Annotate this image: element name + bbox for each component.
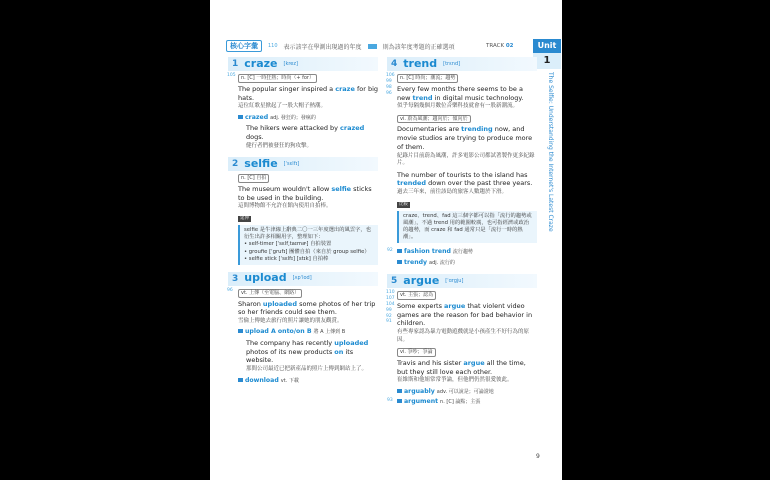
answer-box-icon	[368, 44, 377, 49]
compare-note: craze、trend、fad 這三個字都可以指「流行的趨勢或風潮」，不過 tr…	[397, 211, 537, 244]
example-en: Some experts argue that violent video ga…	[397, 302, 537, 328]
entry-header: 1 craze [krez]	[228, 57, 378, 71]
part-of-speech: n. [C] 時尚；潮流；趨勢	[397, 74, 458, 83]
entry-header: 3 upload [ʌpˈlod]	[228, 272, 378, 286]
example-en: The popular singer inspired a craze for …	[238, 85, 378, 103]
headword: craze	[244, 57, 277, 72]
example-zh: 似乎每隔幾個月數位音樂科技就會有一股新潮流。	[397, 103, 537, 110]
note-tag: 比較	[397, 202, 410, 208]
derivative: arguably adv. 可以說是；可論證地	[397, 388, 537, 396]
example-zh: 過去三年來，前往該島的旅客人數趨於下滑。	[397, 189, 537, 196]
track-label[interactable]: TRACK 02	[486, 43, 513, 49]
derivative: trendy adj. 流行的	[397, 259, 537, 267]
example-en: Travis and his sister argue all the time…	[397, 359, 537, 377]
phrase: upload A onto/on B 將 A 上傳到 B	[238, 328, 378, 336]
example-en: The company has recently uploaded photos…	[246, 339, 378, 365]
page-legend: 核心字彙 110 表示該字在學測出現過的年度 則為該年度考題的正確選項	[226, 40, 526, 52]
example-en: Documentaries are trending now, and movi…	[397, 125, 537, 151]
example-en: The museum wouldn't allow selfie sticks …	[238, 185, 378, 203]
headword: upload	[244, 271, 286, 286]
exam-years: 96	[227, 288, 233, 294]
example-zh: 這位紅歌星掀起了一股大帽子熱潮。	[238, 103, 378, 110]
example-zh: 那間公司最近已把新產品的照片上傳到網站上了。	[246, 366, 378, 373]
core-vocab-tag: 核心字彙	[226, 40, 262, 52]
right-column: 4 trend [trɛnd] 106999896 n. [C] 時尚；潮流；趨…	[387, 57, 537, 414]
bullet-square-icon	[397, 249, 402, 253]
example-en: The number of tourists to the island has…	[397, 171, 537, 189]
answer-legend: 則為該年度考題的正確選項	[383, 42, 455, 51]
derivative: crazed adj. 發狂的；發瘋的	[238, 114, 378, 122]
page-number: 9	[536, 453, 540, 460]
exam-years: 106999896	[386, 73, 395, 96]
headword: argue	[403, 274, 439, 289]
pronunciation: [krez]	[284, 61, 298, 68]
example-en: The hikers were attacked by crazed dogs.	[246, 124, 378, 142]
dictionary-page: 核心字彙 110 表示該字在學測出現過的年度 則為該年度考題的正確選項 TRAC…	[210, 0, 562, 480]
part-of-speech: vt. 上傳（至電腦、網路）	[238, 289, 302, 298]
derivative: download vt. 下載	[238, 377, 378, 385]
entry-header: 2 selfie [ˈsɛlfɪ]	[228, 157, 378, 171]
entry-header: 4 trend [trɛnd]	[387, 57, 537, 71]
exam-years: 105	[227, 73, 236, 79]
note-tag: 延伸	[238, 216, 251, 222]
example-en: Sharon uploaded some photos of her trip …	[238, 300, 378, 318]
part-of-speech: vi. 爭吵；爭論	[397, 348, 436, 357]
part-of-speech: n. [C] 自拍	[238, 174, 269, 183]
example-zh: 這間博物館不允許在館內使用自拍棒。	[238, 203, 378, 210]
entry-craze: 1 craze [krez] 105 n. [C] 一時狂熱；時尚（+ for）…	[228, 57, 378, 150]
left-column: 1 craze [krez] 105 n. [C] 一時狂熱；時尚（+ for）…	[228, 57, 378, 392]
bullet-square-icon	[238, 329, 243, 333]
part-of-speech: vt. 主張；認為	[397, 291, 436, 300]
example-zh: 有些專家認為暴力電動遊戲就是小孩產生不好行為的原因。	[397, 329, 537, 344]
example-en: Every few months there seems to be a new…	[397, 85, 537, 103]
derivative: 93argument n. [C] 論點；主張	[397, 398, 537, 406]
pronunciation: [trɛnd]	[443, 61, 460, 68]
bullet-square-icon	[238, 378, 243, 382]
pronunciation: [ʌpˈlod]	[293, 275, 312, 282]
headword: selfie	[244, 157, 277, 172]
example-zh: 雪倫上傳她去旅行的照片讓她的朋友觀賞。	[238, 318, 378, 325]
unit-title: The Selfie: Understanding the Internet's…	[540, 72, 554, 242]
pronunciation: [ˈsɛlfɪ]	[284, 161, 300, 168]
derivative: 92fashion trend 流行趨勢	[397, 248, 537, 256]
year-badge-sample: 110	[268, 43, 278, 49]
bullet-square-icon	[238, 115, 243, 119]
example-zh: 紀錄片目前蔚為風潮，許多電影公司都試著製作更多紀錄片。	[397, 153, 537, 168]
year-legend: 表示該字在學測出現過的年度	[284, 42, 362, 51]
entry-argue: 5 argue [ˈɑrgju] 110107104999291 vt. 主張；…	[387, 274, 537, 406]
unit-tab: Unit	[533, 39, 561, 53]
unit-number: 1	[533, 53, 561, 69]
entry-header: 5 argue [ˈɑrgju]	[387, 274, 537, 288]
entry-trend: 4 trend [trɛnd] 106999896 n. [C] 時尚；潮流；趨…	[387, 57, 537, 267]
entry-selfie: 2 selfie [ˈsɛlfɪ] n. [C] 自拍 The museum w…	[228, 157, 378, 265]
extension-note: selfie 是牛津線上辭典二〇一三年度選出的風雲字，也衍生出許多相關用字，整理…	[238, 225, 378, 265]
bullet-square-icon	[397, 399, 402, 403]
example-zh: 崔維斯和他姐常常爭論，但他們仍然很愛彼此。	[397, 377, 537, 384]
part-of-speech: vi. 蔚為風潮；趨向於；傾向於	[397, 115, 471, 124]
exam-years: 110107104999291	[386, 290, 395, 325]
example-zh: 健行者們被發狂的狗攻擊。	[246, 143, 378, 150]
headword: trend	[403, 57, 437, 72]
pronunciation: [ˈɑrgju]	[445, 278, 463, 285]
entry-upload: 3 upload [ʌpˈlod] 96 vt. 上傳（至電腦、網路） Shar…	[228, 272, 378, 385]
part-of-speech: n. [C] 一時狂熱；時尚（+ for）	[238, 74, 317, 83]
bullet-square-icon	[397, 260, 402, 264]
bullet-square-icon	[397, 389, 402, 393]
